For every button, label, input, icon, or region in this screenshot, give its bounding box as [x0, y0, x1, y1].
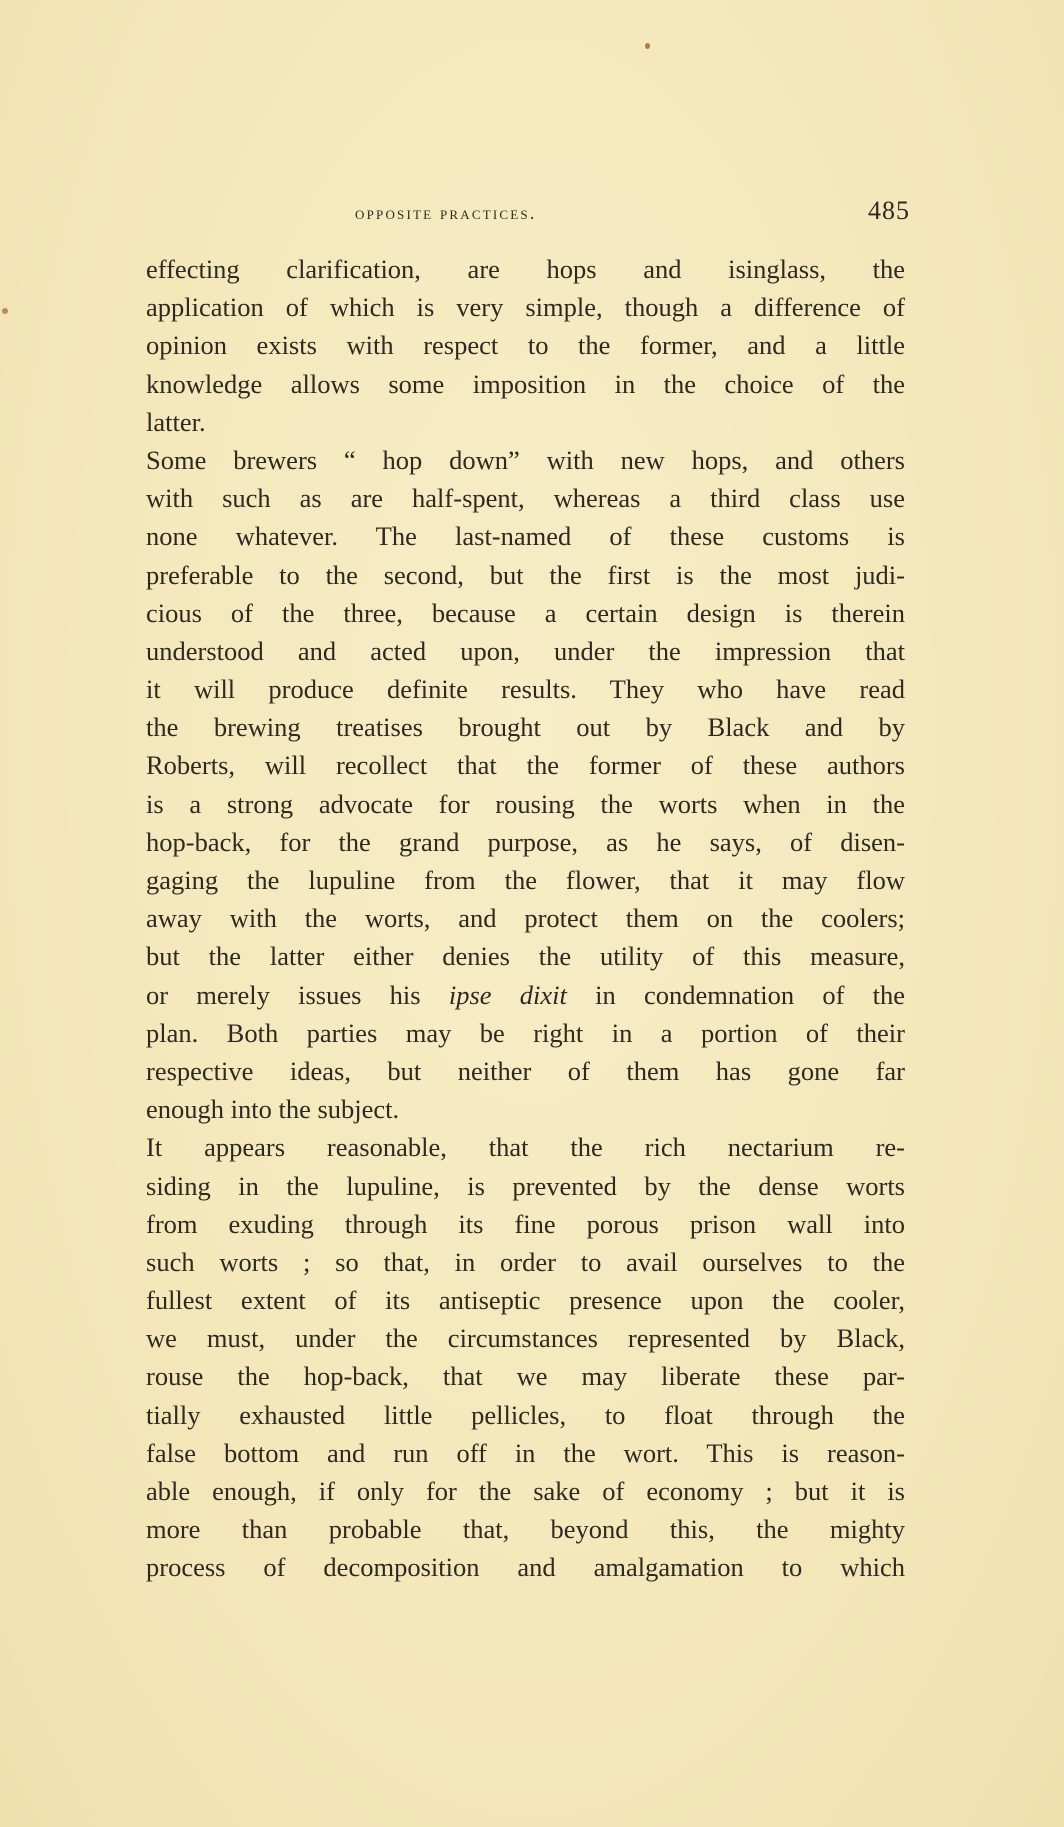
text-line: more than probable that, beyond this, th…: [146, 1510, 905, 1548]
text-line: cious of the three, because a certain de…: [146, 594, 905, 632]
text-line: such worts ; so that, in order to avail …: [146, 1243, 905, 1281]
page-number: 485: [868, 196, 910, 226]
text-line: none whatever. The last-named of these c…: [146, 517, 905, 555]
text-line: opinion exists with respect to the forme…: [146, 326, 905, 364]
paper-blemish: [645, 43, 650, 49]
running-head: OPPOSITE PRACTICES.: [355, 203, 537, 224]
text-line: from exuding through its fine porous pri…: [146, 1205, 905, 1243]
page-header: OPPOSITE PRACTICES. 485: [355, 196, 910, 226]
body-text: effecting clarification, are hops and is…: [146, 250, 905, 1587]
text-line: fullest extent of its antiseptic presenc…: [146, 1281, 905, 1319]
text-line: hop-back, for the grand purpose, as he s…: [146, 823, 905, 861]
text-line: gaging the lupuline from the flower, tha…: [146, 861, 905, 899]
text-line: Roberts, will recollect that the former …: [146, 746, 905, 784]
paper-blemish: [2, 308, 8, 314]
text-line: enough into the subject.: [146, 1090, 905, 1128]
text-line: the brewing treatises brought out by Bla…: [146, 708, 905, 746]
text-line: It appears reasonable, that the rich nec…: [146, 1128, 905, 1166]
text-line: respective ideas, but neither of them ha…: [146, 1052, 905, 1090]
text-line: away with the worts, and protect them on…: [146, 899, 905, 937]
text-line: siding in the lupuline, is prevented by …: [146, 1167, 905, 1205]
text-line: false bottom and run off in the wort. Th…: [146, 1434, 905, 1472]
text-line: but the latter either denies the utility…: [146, 937, 905, 975]
text-line: process of decomposition and amalgamatio…: [146, 1548, 905, 1586]
italic-phrase: ipse dixit: [449, 980, 567, 1010]
text-line: Some brewers “ hop down” with new hops, …: [146, 441, 905, 479]
text-line: application of which is very simple, tho…: [146, 288, 905, 326]
text-line: or merely issues his ipse dixit in conde…: [146, 976, 905, 1014]
text-line: it will produce definite results. They w…: [146, 670, 905, 708]
text-line: effecting clarification, are hops and is…: [146, 250, 905, 288]
text-line: we must, under the circumstances represe…: [146, 1319, 905, 1357]
text-line: is a strong advocate for rousing the wor…: [146, 785, 905, 823]
text-line: rouse the hop-back, that we may liberate…: [146, 1357, 905, 1395]
text-line: latter.: [146, 403, 905, 441]
text-line: understood and acted upon, under the imp…: [146, 632, 905, 670]
text-line: able enough, if only for the sake of eco…: [146, 1472, 905, 1510]
text-line: knowledge allows some imposition in the …: [146, 365, 905, 403]
text-line: plan. Both parties may be right in a por…: [146, 1014, 905, 1052]
text-line: preferable to the second, but the first …: [146, 556, 905, 594]
text-line: with such as are half-spent, whereas a t…: [146, 479, 905, 517]
text-line: tially exhausted little pellicles, to fl…: [146, 1396, 905, 1434]
